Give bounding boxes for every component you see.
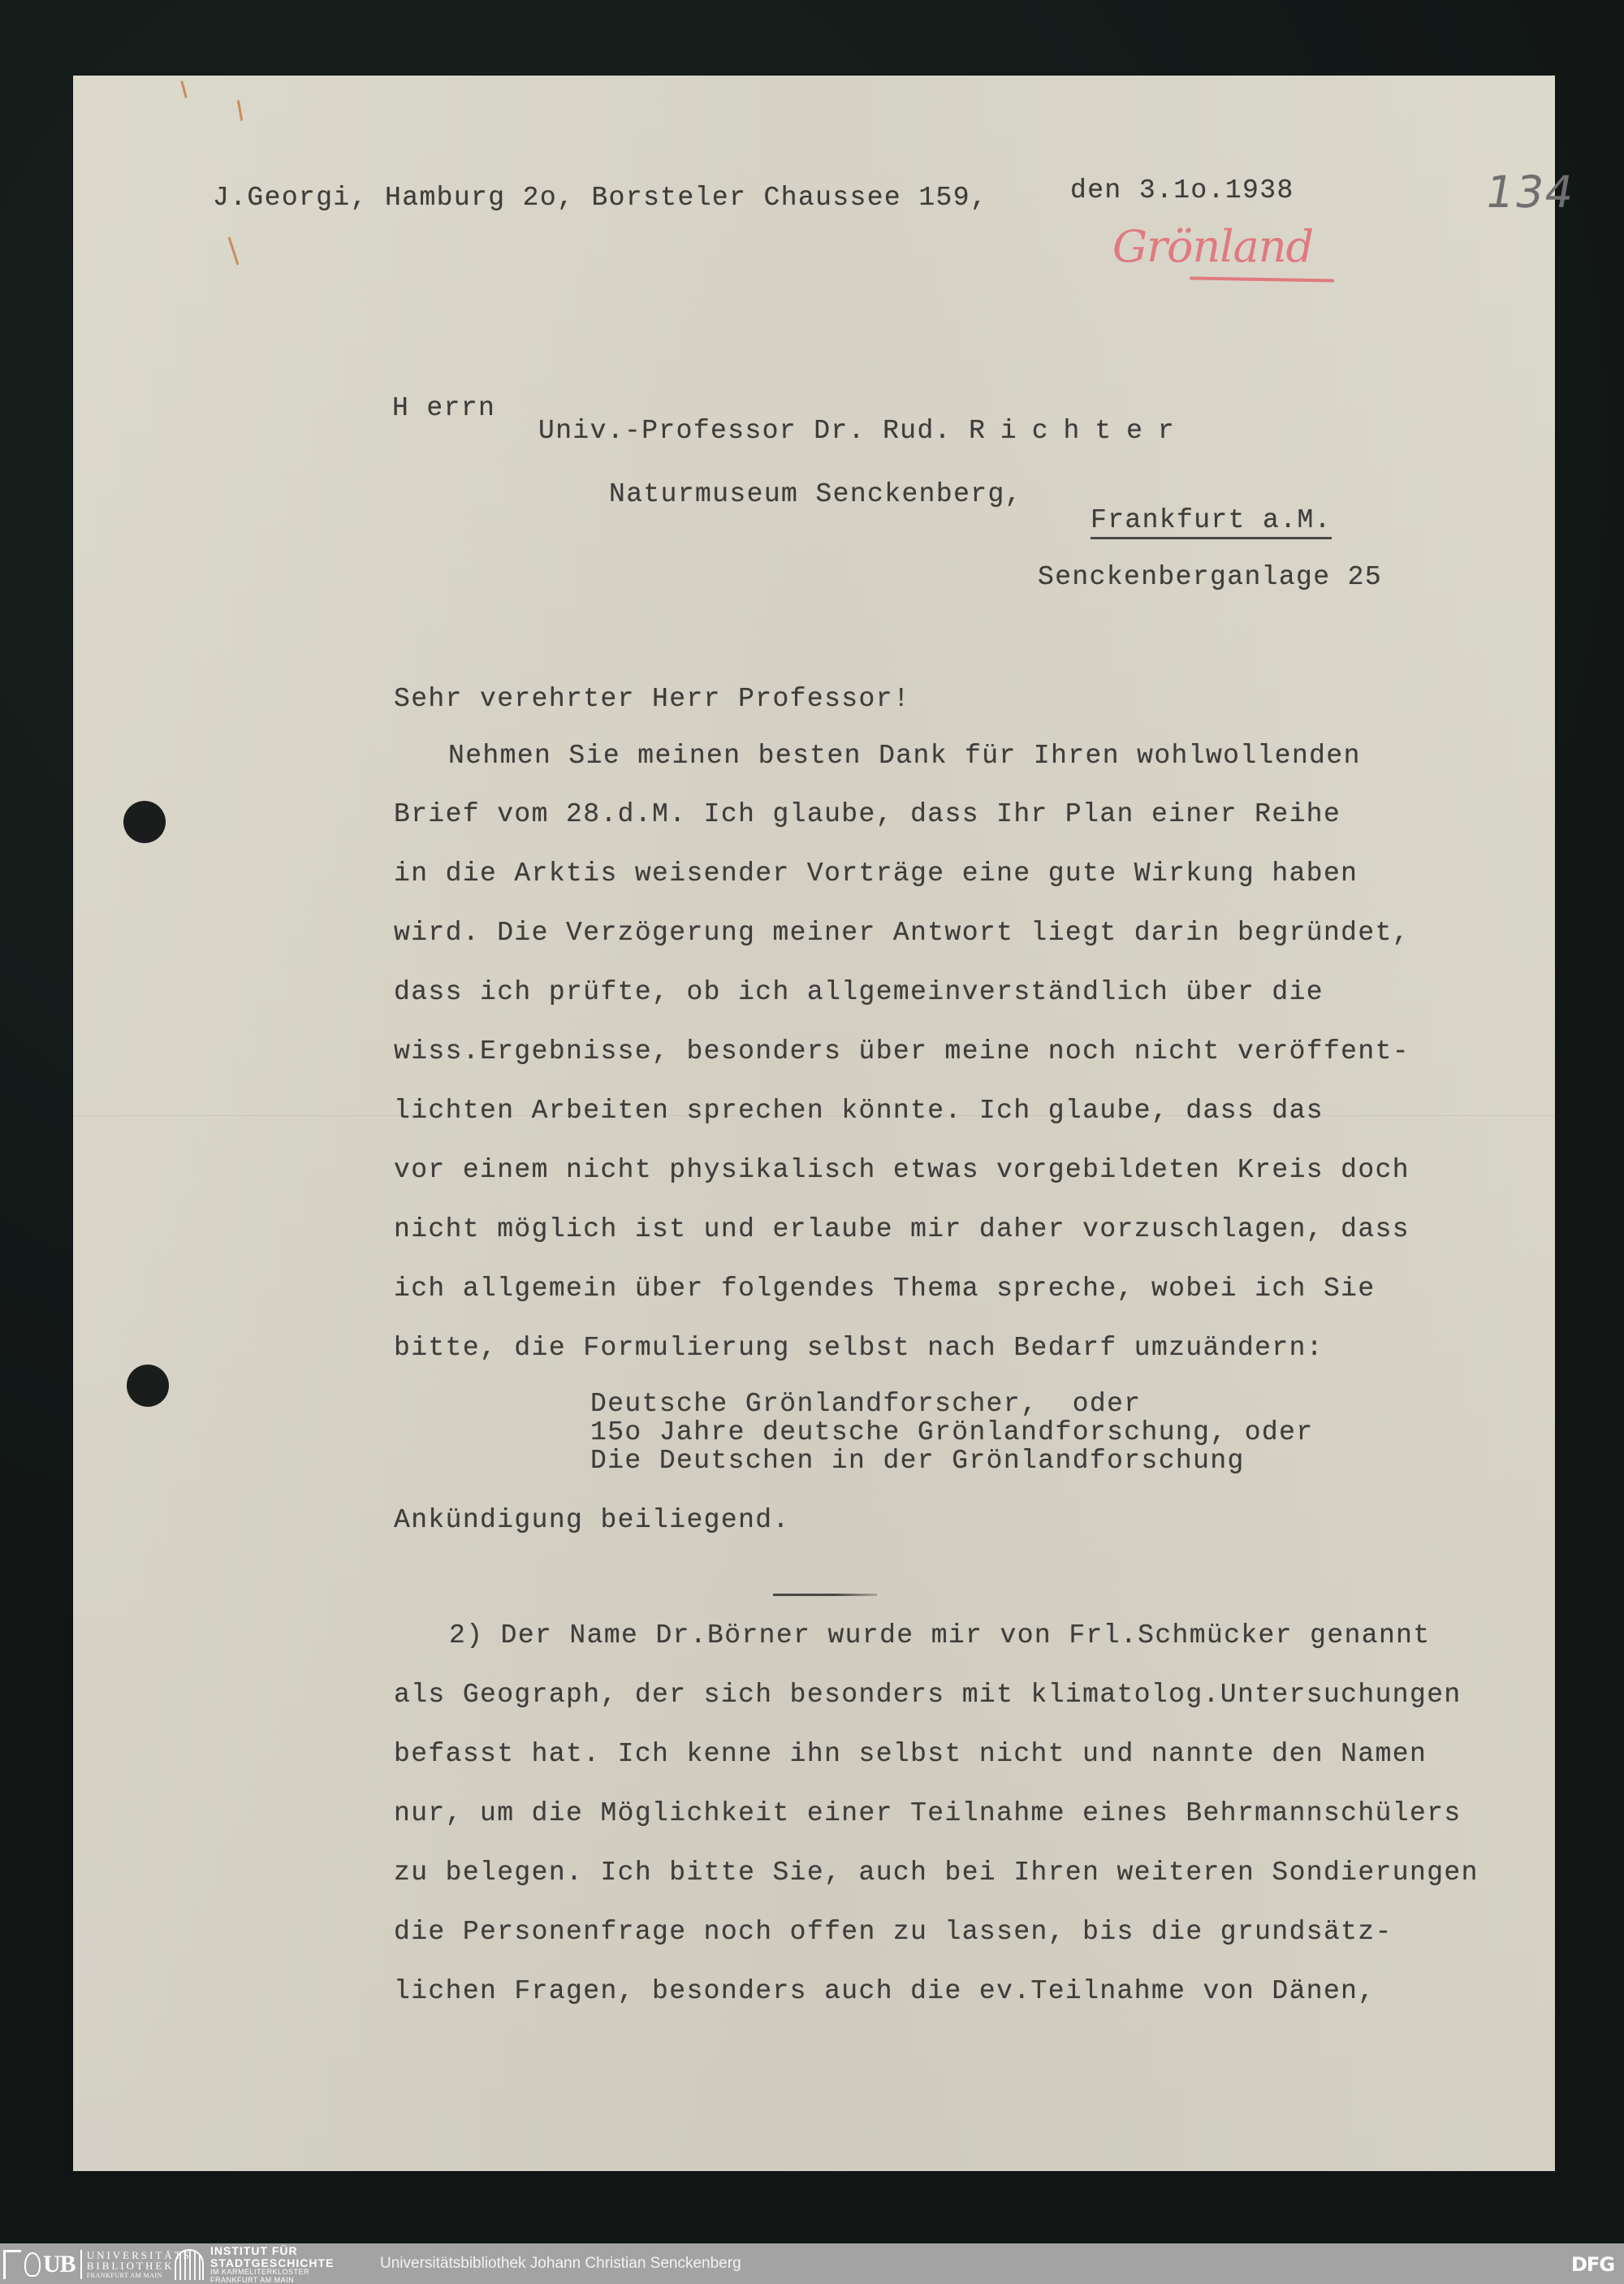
greeting: Sehr verehrter Herr Professor! [394,684,910,714]
topic-option: 15o Jahre deutsche Grönlandforschung, od… [590,1417,1314,1447]
isg-line4: FRANKFURT AM MAIN [210,2277,334,2284]
recipient-title: Univ.-Professor Dr. Rud. [538,416,952,446]
topic-option: Die Deutschen in der Grönlandforschung [590,1446,1245,1476]
sender-line: J.Georgi, Hamburg 2o, Borsteler Chaussee… [213,183,987,213]
ub-mark: UB [43,2251,76,2278]
handwritten-annotation: Grönland [1112,221,1313,272]
library-name: Universitätsbibliothek Johann Christian … [380,2255,741,2273]
library-building-icon [3,2250,21,2279]
paragraph2-line: nur, um die Möglichkeit einer Teilnahme … [394,1798,1462,1828]
recipient-city: Frankfurt a.M. [1091,505,1332,535]
recipient-street: Senckenberganlage 25 [1038,562,1382,592]
isg-wordmark: INSTITUT FÜR STADTGESCHICHTE IM KARMELIT… [210,2245,334,2284]
dfg-logo[interactable]: DFG [1571,2253,1614,2276]
topic-option: Deutsche Grönlandforscher, oder [590,1389,1142,1419]
recipient-city-text: Frankfurt a.M. [1091,505,1332,539]
pencil-mark [180,80,188,98]
paragraph1-line: in die Arktis weisender Vorträge eine gu… [394,859,1358,889]
isg-line1: INSTITUT FÜR [210,2245,334,2257]
logo-divider [80,2250,82,2279]
letter-date: den 3.1o.1938 [1070,175,1294,205]
paragraph2-line: die Personenfrage noch offen zu lassen, … [394,1917,1393,1947]
portrait-icon [24,2252,41,2277]
punch-hole [127,1365,169,1407]
pencil-mark [228,236,240,265]
paragraph1-line: Nehmen Sie meinen besten Dank für Ihren … [448,741,1361,771]
ub-logo[interactable]: UB UNIVERSITÄTS BIBLIOTHEK FRANKFURT AM … [3,2248,192,2281]
recipient-surname: Richter [969,416,1190,446]
recipient-institution: Naturmuseum Senckenberg, [609,479,1022,509]
paragraph1-line: vor einem nicht physikalisch etwas vorge… [394,1155,1410,1185]
enclosure-note: Ankündigung beiliegend. [394,1505,790,1535]
paragraph1-line: Brief vom 28.d.M. Ich glaube, dass Ihr P… [394,799,1341,829]
isg-logo[interactable]: INSTITUT FÜR STADTGESCHICHTE IM KARMELIT… [175,2248,334,2281]
paragraph2-line: zu belegen. Ich bitte Sie, auch bei Ihre… [394,1858,1479,1888]
isg-line2: STADTGESCHICHTE [210,2257,334,2269]
footer-bar: UB UNIVERSITÄTS BIBLIOTHEK FRANKFURT AM … [0,2243,1624,2284]
gothic-arch-icon [175,2249,204,2280]
paragraph1-line: dass ich prüfte, ob ich allgemeinverstän… [394,977,1324,1007]
recipient-salutation: H errn [392,393,495,423]
punch-hole [123,801,166,843]
paragraph2-line: befasst hat. Ich kenne ihn selbst nicht … [394,1739,1427,1769]
paragraph1-line: bitte, die Formulierung selbst nach Beda… [394,1333,1324,1363]
pencil-mark [237,100,243,121]
paragraph2-line: lichen Fragen, besonders auch die ev.Tei… [394,1976,1376,2006]
paragraph1-line: wiss.Ergebnisse, besonders über meine no… [394,1036,1410,1066]
paragraph1-line: nicht möglich ist und erlaube mir daher … [394,1214,1410,1244]
section-separator [773,1594,877,1596]
paragraph1-line: wird. Die Verzögerung meiner Antwort lie… [394,918,1410,948]
page-number: 134 [1481,167,1579,218]
paragraph1-line: lichten Arbeiten sprechen könnte. Ich gl… [394,1096,1324,1126]
paragraph1-line: ich allgemein über folgendes Thema sprec… [394,1274,1376,1304]
paragraph2-line: als Geograph, der sich besonders mit kli… [394,1680,1462,1710]
paragraph2-line: 2) Der Name Dr.Börner wurde mir von Frl.… [449,1620,1431,1650]
recipient-name: Univ.-Professor Dr. Rud. Richter [538,416,1190,446]
